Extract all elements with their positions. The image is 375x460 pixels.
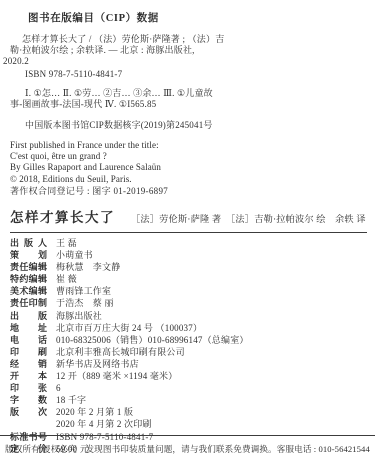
colophon-row: 版次2020 年 2 月第 1 版2020 年 4 月第 2 次印刷 — [10, 406, 367, 430]
colophon-value-line: 2020 年 2 月第 1 版 — [56, 406, 152, 418]
cip-description: 怎样才算长大了 / （法）劳伦斯·萨隆著 ; （法）吉 勒·拉帕波尔绘 ; 余轶… — [10, 34, 367, 80]
colophon-row: 开本12 开（889 毫米 ×1194 毫米） — [10, 370, 367, 382]
colophon-row: 策划小萌童书 — [10, 249, 367, 261]
colophon-value: 曹雨锋工作室 — [56, 285, 111, 297]
colophon-row: 印刷北京利丰雅高长城印刷有限公司 — [10, 346, 367, 358]
colophon-row: 责任编辑梅秋慧 李文静 — [10, 261, 367, 273]
colophon-value: 18 千字 — [56, 394, 86, 406]
colophon-value-line: 北京市百万庄大街 24 号 （100037） — [56, 322, 202, 334]
colophon-value-line: 海豚出版社 — [56, 310, 102, 322]
colophon-value-line: 北京利丰雅高长城印刷有限公司 — [56, 346, 185, 358]
colophon-row: 经销新华书店及网络书店 — [10, 358, 367, 370]
colophon-label: 出版人 — [10, 237, 47, 249]
colophon-value: 于浩杰 蔡 丽 — [56, 297, 114, 309]
colophon-value: 12 开（889 毫米 ×1194 毫米） — [56, 370, 177, 382]
colophon-label: 地址 — [10, 322, 47, 334]
colophon-value-line: 6 — [56, 382, 61, 394]
colophon-row: 电话010-68325006（销售）010-68996147（总编室） — [10, 334, 367, 346]
colophon-value: 北京市百万庄大街 24 号 （100037） — [56, 322, 202, 334]
cip-isbn: ISBN 978-7-5110-4841-7 — [10, 69, 367, 80]
cip-section: 图书在版编目（CIP）数据 怎样才算长大了 / （法）劳伦斯·萨隆著 ; （法）… — [10, 10, 367, 131]
colophon-value: 海豚出版社 — [56, 310, 102, 322]
colophon-value: 北京利丰雅高长城印刷有限公司 — [56, 346, 185, 358]
cip-record-number: 中国版本图书馆CIP数据核字(2019)第245041号 — [10, 120, 367, 131]
cip-record-number-wrap: 中国版本图书馆CIP数据核字(2019)第245041号 — [10, 120, 367, 131]
colophon-label: 策划 — [10, 249, 47, 261]
footer: 版权所有 侵权必究 发现图书印装质量问题，请与我们联系免费调换。客服电话 : 0… — [0, 435, 375, 455]
copyright-notice: 版权所有 侵权必究 发现图书印装质量问题，请与我们联系免费调换。客服电话 : 0… — [5, 443, 371, 455]
colophon-value-line: 王 磊 — [56, 237, 77, 249]
foreign-copyright-line: © 2018, Editions du Seuil, Paris. — [10, 174, 367, 185]
colophon-label: 出版 — [10, 310, 47, 322]
colophon-value-line: 崔 薇 — [56, 273, 77, 285]
colophon-value-line: 新华书店及网络书店 — [56, 358, 139, 370]
colophon-label: 电话 — [10, 334, 47, 346]
colophon-label: 印刷 — [10, 346, 47, 358]
colophon-row: 美术编辑曹雨锋工作室 — [10, 285, 367, 297]
colophon-value-line: 12 开（889 毫米 ×1194 毫米） — [56, 370, 177, 382]
cip-heading: 图书在版编目（CIP）数据 — [28, 10, 367, 25]
colophon-value-line: 2020 年 4 月第 2 次印刷 — [56, 418, 152, 430]
foreign-authors-line: By Gilles Rapaport and Laurence Salaün — [10, 162, 367, 173]
colophon-row: 地址北京市百万庄大街 24 号 （100037） — [10, 322, 367, 334]
colophon-value: 小萌童书 — [56, 249, 93, 261]
title-row: 怎样才算长大了 ［法］劳伦斯·萨隆 著 ［法］吉勒·拉帕波尔 绘 余轶 译 — [10, 206, 367, 233]
colophon-value-line: 于浩杰 蔡 丽 — [56, 297, 114, 309]
colophon-value: 2020 年 2 月第 1 版2020 年 4 月第 2 次印刷 — [56, 406, 152, 430]
colophon-value: 崔 薇 — [56, 273, 77, 285]
colophon-row: 印张6 — [10, 382, 367, 394]
colophon-table: 出版人王 磊策划小萌童书责任编辑梅秋慧 李文静特约编辑崔 薇美术编辑曹雨锋工作室… — [10, 237, 367, 455]
copyright-registration: 著作权合同登记号 : 图字 01-2019-6897 — [10, 186, 367, 197]
authors-line: ［法］劳伦斯·萨隆 著 ［法］吉勒·拉帕波尔 绘 余轶 译 — [131, 211, 366, 225]
colophon-row: 出版海豚出版社 — [10, 310, 367, 322]
colophon-row: 特约编辑崔 薇 — [10, 273, 367, 285]
colophon-label: 责任印制 — [10, 297, 47, 309]
colophon-label: 印张 — [10, 382, 47, 394]
colophon-value-line: 曹雨锋工作室 — [56, 285, 111, 297]
copyright-page: 图书在版编目（CIP）数据 怎样才算长大了 / （法）劳伦斯·萨隆著 ; （法）… — [0, 0, 375, 460]
colophon-value: 梅秋慧 李文静 — [56, 261, 120, 273]
cip-description-line: 怎样才算长大了 / （法）劳伦斯·萨隆著 ; （法）吉 — [10, 34, 367, 45]
cip-classification: Ⅰ. ①怎… Ⅱ. ①劳… ②吉… ③余… Ⅲ. ①儿童故 事-图画故事-法国-… — [10, 88, 367, 110]
book-title: 怎样才算长大了 — [10, 206, 115, 226]
colophon-row: 字数18 千字 — [10, 394, 367, 406]
colophon-label: 美术编辑 — [10, 285, 47, 297]
colophon-label: 特约编辑 — [10, 273, 47, 285]
foreign-edition-note: First published in France under the titl… — [10, 140, 367, 197]
colophon-row: 责任印制于浩杰 蔡 丽 — [10, 297, 367, 309]
colophon-value: 010-68325006（销售）010-68996147（总编室） — [56, 334, 249, 346]
cip-classification-line: Ⅰ. ①怎… Ⅱ. ①劳… ②吉… ③余… Ⅲ. ①儿童故 — [10, 88, 367, 99]
colophon-value: 新华书店及网络书店 — [56, 358, 139, 370]
colophon-label: 版次 — [10, 406, 47, 430]
colophon-value-line: 010-68325006（销售）010-68996147（总编室） — [56, 334, 249, 346]
colophon-row: 出版人王 磊 — [10, 237, 367, 249]
colophon-value-line: 梅秋慧 李文静 — [56, 261, 120, 273]
foreign-original-title: C'est quoi, être un grand ? — [10, 151, 367, 162]
colophon-value: 6 — [56, 382, 61, 394]
colophon-value-line: 小萌童书 — [56, 249, 93, 261]
cip-classification-line: 事-图画故事-法国-现代 Ⅳ. ①I565.85 — [10, 99, 367, 110]
colophon-value: 王 磊 — [56, 237, 77, 249]
colophon-label: 字数 — [10, 394, 47, 406]
colophon-value-line: 18 千字 — [56, 394, 86, 406]
colophon-label: 开本 — [10, 370, 47, 382]
cip-description-line: 2020.2 — [3, 56, 367, 67]
colophon-label: 经销 — [10, 358, 47, 370]
foreign-note-line: First published in France under the titl… — [10, 140, 367, 151]
colophon-label: 责任编辑 — [10, 261, 47, 273]
cip-description-line: 勒·拉帕波尔绘 ; 余轶译. — 北京 : 海豚出版社, — [10, 45, 367, 56]
